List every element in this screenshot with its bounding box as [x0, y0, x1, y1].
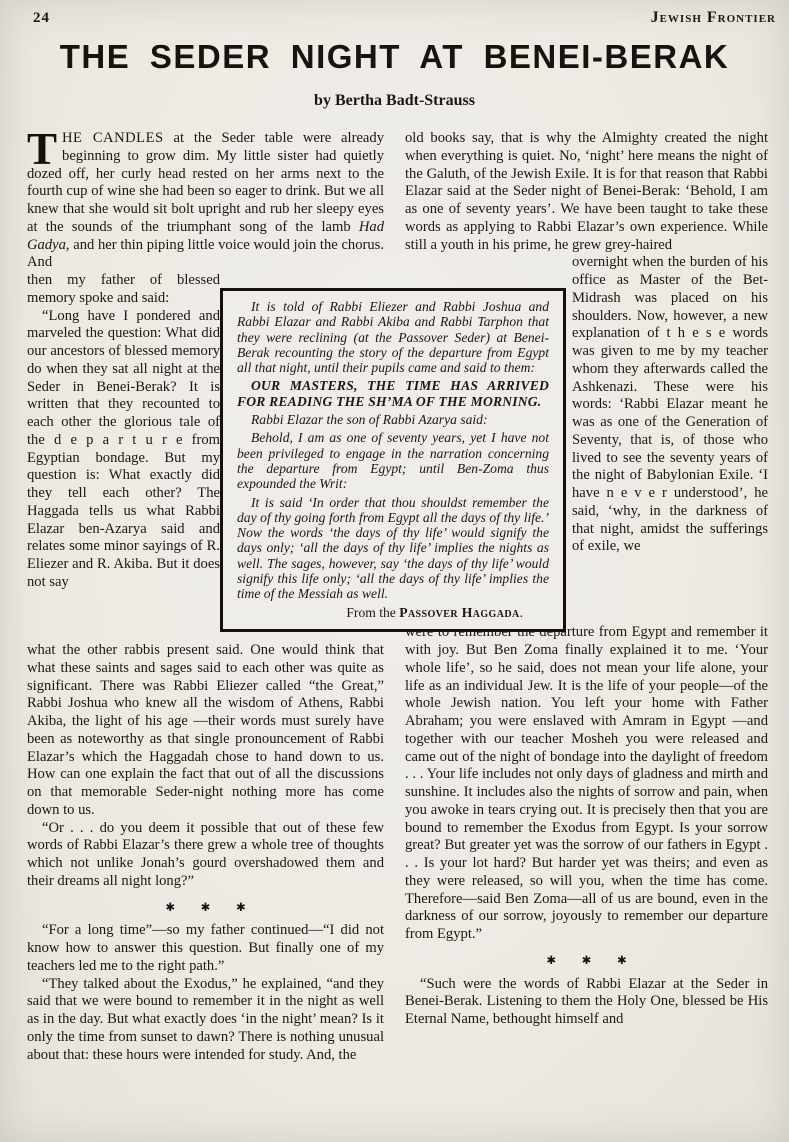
- box-paragraph: Behold, I am as one of seventy years, ye…: [237, 430, 549, 491]
- paragraph: “For a long time”—so my father continued…: [27, 922, 384, 975]
- haggada-quotation-box: It is told of Rabbi Eliezer and Rabbi Jo…: [220, 288, 566, 632]
- masthead: 24 Jewish Frontier: [33, 9, 776, 27]
- attribution-period: .: [520, 605, 523, 620]
- paragraph: were to remember the departure from Egyp…: [405, 624, 768, 944]
- publication-name: Jewish Frontier: [651, 9, 776, 27]
- page-number: 24: [33, 10, 50, 27]
- box-paragraph: Rabbi Elazar the son of Rabbi Azarya sai…: [237, 412, 549, 427]
- paragraph: “They talked about the Exodus,” he expla…: [27, 976, 384, 1065]
- byline: by Bertha Badt-Strauss: [0, 92, 789, 110]
- lead-caps: HE CANDLES: [62, 130, 164, 146]
- drop-cap: T: [27, 130, 62, 165]
- section-separator-asterisks: ✱ ✱ ✱: [27, 899, 384, 917]
- box-paragraph: It is said ‘In order that thou shouldst …: [237, 495, 549, 602]
- paragraph-text: , and her thin piping little voice would…: [27, 237, 384, 271]
- paragraph: “Such were the words of Rabbi Elazar at …: [405, 976, 768, 1029]
- paragraph-opening: THE CANDLES at the Seder table were alre…: [27, 130, 384, 272]
- box-paragraph: It is told of Rabbi Eliezer and Rabbi Jo…: [237, 299, 549, 375]
- box-paragraph-masters: OUR MASTERS, THE TIME HAS ARRIVED FOR RE…: [237, 378, 549, 409]
- attribution-source: Passover Haggada: [399, 605, 519, 620]
- paragraph: overnight when the burden of his office …: [572, 254, 768, 556]
- paragraph: then my father of blessed memory spoke a…: [27, 272, 220, 308]
- section-separator-asterisks: ✱ ✱ ✱: [405, 952, 768, 970]
- paragraph: old books say, that is why the Almighty …: [405, 130, 768, 254]
- left-narrow-wrap-block: then my father of blessed memory spoke a…: [27, 272, 220, 642]
- right-narrow-wrap-block: overnight when the burden of his office …: [572, 254, 768, 624]
- paragraph: “Or . . . do you deem it possible that o…: [27, 820, 384, 891]
- paragraph: what the other rabbis present said. One …: [27, 642, 384, 820]
- magazine-page: 24 Jewish Frontier THE SEDER NIGHT AT BE…: [0, 0, 789, 1142]
- box-attribution: From the Passover Haggada.: [237, 605, 549, 620]
- paragraph: “Long have I pondered and marveled the q…: [27, 308, 220, 592]
- article-title: THE SEDER NIGHT AT BENEI-BERAK: [0, 38, 789, 76]
- attribution-prefix: From the: [346, 605, 399, 620]
